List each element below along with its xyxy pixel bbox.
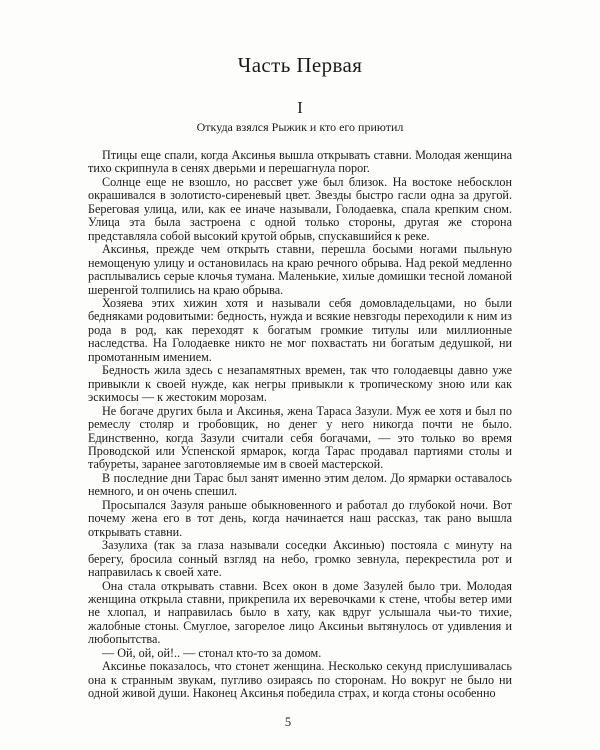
book-page: Часть Первая I Откуда взялся Рыжик и кто… <box>0 0 600 750</box>
body-text: Птицы еще спали, когда Аксинья вышла отк… <box>88 149 512 701</box>
paragraph: Зазулиха (так за глаза называли соседки … <box>88 539 512 579</box>
paragraph: В последние дни Тарас был занят именно э… <box>88 472 512 499</box>
page-number: 5 <box>0 715 576 730</box>
chapter-subtitle: Откуда взялся Рыжик и кто его приютил <box>0 120 600 134</box>
paragraph: Не богаче других была и Аксинья, жена Та… <box>88 405 512 472</box>
paragraph: — Ой, ой, ой!.. — стонал кто-то за домом… <box>88 647 512 660</box>
paragraph: Она стала открывать ставни. Всех окон в … <box>88 580 512 647</box>
part-title: Часть Первая <box>0 0 600 77</box>
chapter-number: I <box>0 98 600 118</box>
paragraph: Аксинье показалось, что стонет женщина. … <box>88 660 512 700</box>
paragraph: Бедность жила здесь с незапамятных време… <box>88 364 512 404</box>
paragraph: Птицы еще спали, когда Аксинья вышла отк… <box>88 149 512 176</box>
paragraph: Просыпался Зазуля раньше обыкновенного и… <box>88 499 512 539</box>
paragraph: Солнце еще не взошло, но рассвет уже был… <box>88 176 512 243</box>
paragraph: Хозяева этих хижин хотя и называли себя … <box>88 297 512 364</box>
paragraph: Аксинья, прежде чем открыть ставни, пере… <box>88 243 512 297</box>
